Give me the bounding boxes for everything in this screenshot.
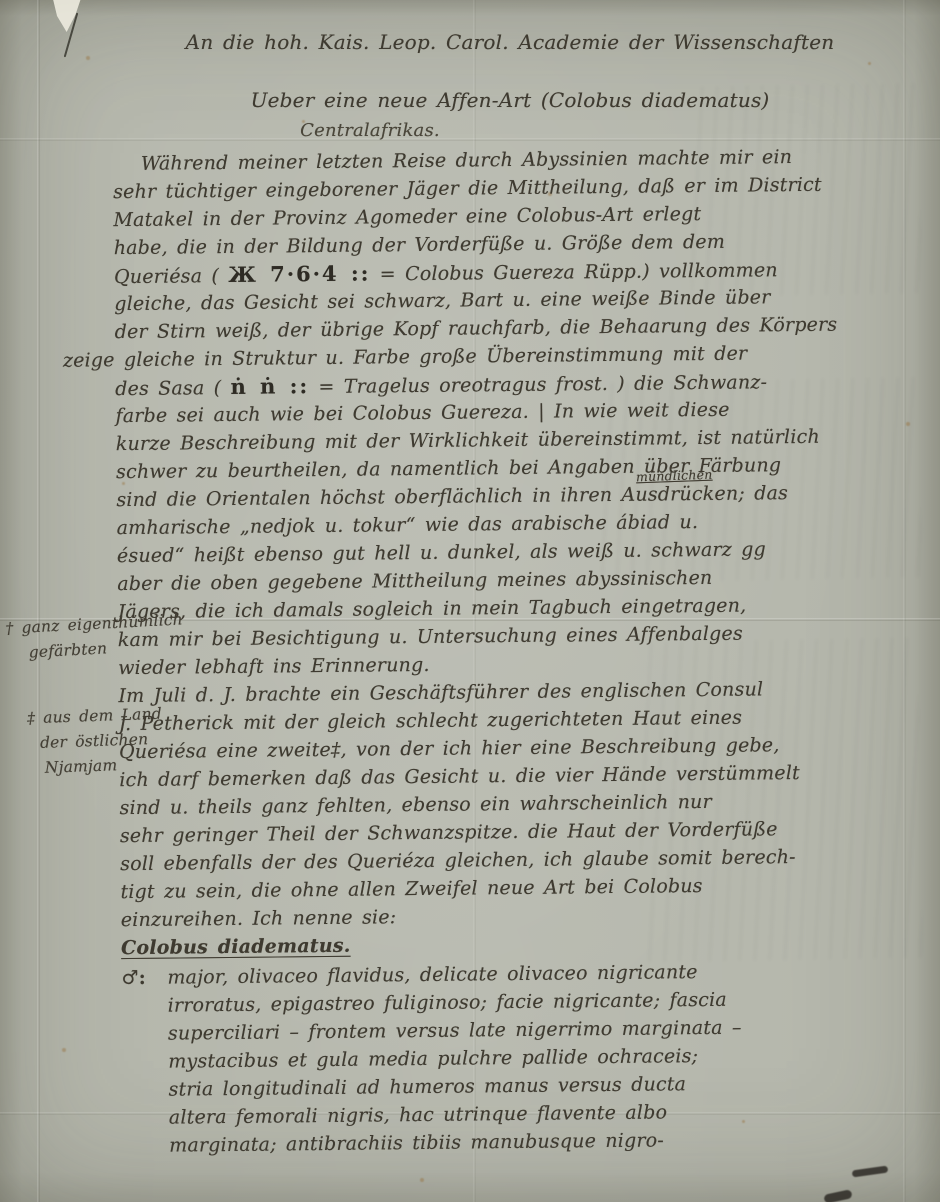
manuscript-subtitle: Centralafrikas. — [110, 120, 630, 141]
manuscript-photo: An die hoh. Kais. Leop. Carol. Academie … — [0, 0, 940, 1202]
foxing-spot — [868, 62, 871, 65]
margin-note-double-dagger: ‡ aus dem Land der östlichen Njamjam — [27, 702, 164, 782]
foxing-spot — [420, 1178, 424, 1182]
manuscript-title: Ueber eine neue Affen-Art (Colobus diade… — [150, 88, 870, 112]
foxing-spot — [86, 56, 90, 60]
foxing-spot — [906, 422, 910, 426]
ink-smudge — [852, 1166, 889, 1178]
manuscript-body: Während meiner letzten Reise durch Abyss… — [113, 142, 914, 1160]
queriesa-text: Queriésa ( — [114, 265, 228, 288]
address-line: An die hoh. Kais. Leop. Carol. Academie … — [130, 30, 890, 54]
foxing-spot — [62, 1048, 66, 1052]
fold-crease-vertical — [37, 0, 40, 1202]
interlinear-insertion: mündlichen — [636, 467, 713, 485]
male-symbol: ♂: — [121, 964, 167, 992]
queriesa-translation: = Colobus Guereza Rüpp.) vollkommen — [370, 259, 778, 285]
margin-note-dagger: † ganz eigenthümlich gefärbten — [5, 607, 185, 666]
margin-note-line: Njamjam — [44, 752, 164, 781]
sasa-text: des Sasa ( — [115, 377, 231, 400]
margin-note-line: der östlichen — [40, 727, 164, 756]
amharic-script: ṅ ṅ :: — [230, 373, 309, 399]
latin-text: major, olivaceo flavidus, delicate oliva… — [167, 961, 697, 989]
ink-smudge — [823, 1189, 852, 1202]
sasa-translation: = Tragelus oreotragus frost. ) die Schwa… — [309, 371, 767, 398]
amharic-script: Ж 7·6·4 :: — [228, 260, 370, 286]
latin-diagnosis: ♂:major, olivaceo flavidus, delicate oli… — [167, 956, 913, 1160]
